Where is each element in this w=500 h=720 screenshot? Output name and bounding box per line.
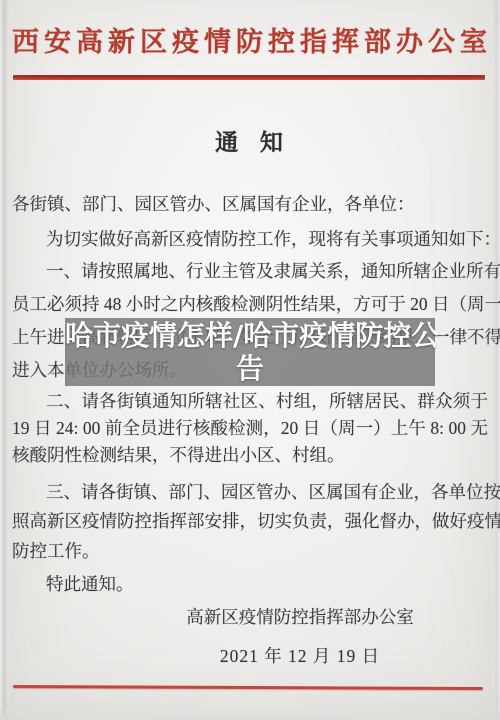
document-line: 为切实做好高新区疫情防控工作，现将有关事项通知如下： bbox=[12, 228, 488, 250]
caption-text-line1: 哈市疫情怎样/哈市疫情防控公 bbox=[65, 319, 435, 352]
photo-edge-right bbox=[493, 0, 500, 720]
document-line: 三、请各街镇、部门、园区管办、区属国有企业，各单位按 bbox=[12, 481, 488, 503]
signature-date: 2021 年 12 月 19 日 bbox=[150, 643, 450, 668]
document-line: 19 日 24: 00 前全员进行核酸检测，20 日（周一）上午 8: 00 无 bbox=[12, 417, 488, 439]
document-line: 二、请各街镇通知所辖社区、村组，所辖居民、群众须于 bbox=[12, 390, 488, 412]
photo-edge-bottom bbox=[0, 708, 500, 720]
document-line: 员工必须持 48 小时之内核酸检测阴性结果，方可于 20 日（周一） bbox=[12, 293, 488, 315]
document-issuer-header: 西安高新区疫情防控指挥部办公室 bbox=[12, 25, 487, 59]
document-line: 一、请按照属地、行业主管及隶属关系，通知所辖企业所有 bbox=[12, 260, 488, 282]
header-red-rule bbox=[13, 75, 485, 80]
caption-text-line2: 告 bbox=[65, 352, 435, 385]
caption-overlay: 哈市疫情怎样/哈市疫情防控公 告 bbox=[65, 318, 435, 386]
document-line-closing: 特此通知。 bbox=[12, 573, 488, 595]
document-title: 通 知 bbox=[0, 124, 500, 157]
bottom-red-rule bbox=[13, 685, 483, 690]
signature-block: 高新区疫情防控指挥部办公室 2021 年 12 月 19 日 bbox=[150, 604, 450, 668]
document-line: 防控工作。 bbox=[12, 540, 488, 562]
document-line-salutation: 各街镇、部门、园区管办、区属国有企业，各单位： bbox=[12, 193, 488, 215]
document-line: 照高新区疫情防控指挥部安排，切实负责，强化督办，做好疫情 bbox=[12, 510, 488, 532]
notice-document-photo: 西安高新区疫情防控指挥部办公室 通 知 各街镇、部门、园区管办、区属国有企业，各… bbox=[0, 0, 500, 720]
document-line: 核酸阴性检测结果，不得进出小区、村组。 bbox=[12, 444, 488, 466]
signature-org: 高新区疫情防控指挥部办公室 bbox=[150, 604, 450, 629]
photo-edge-left bbox=[0, 0, 9, 720]
